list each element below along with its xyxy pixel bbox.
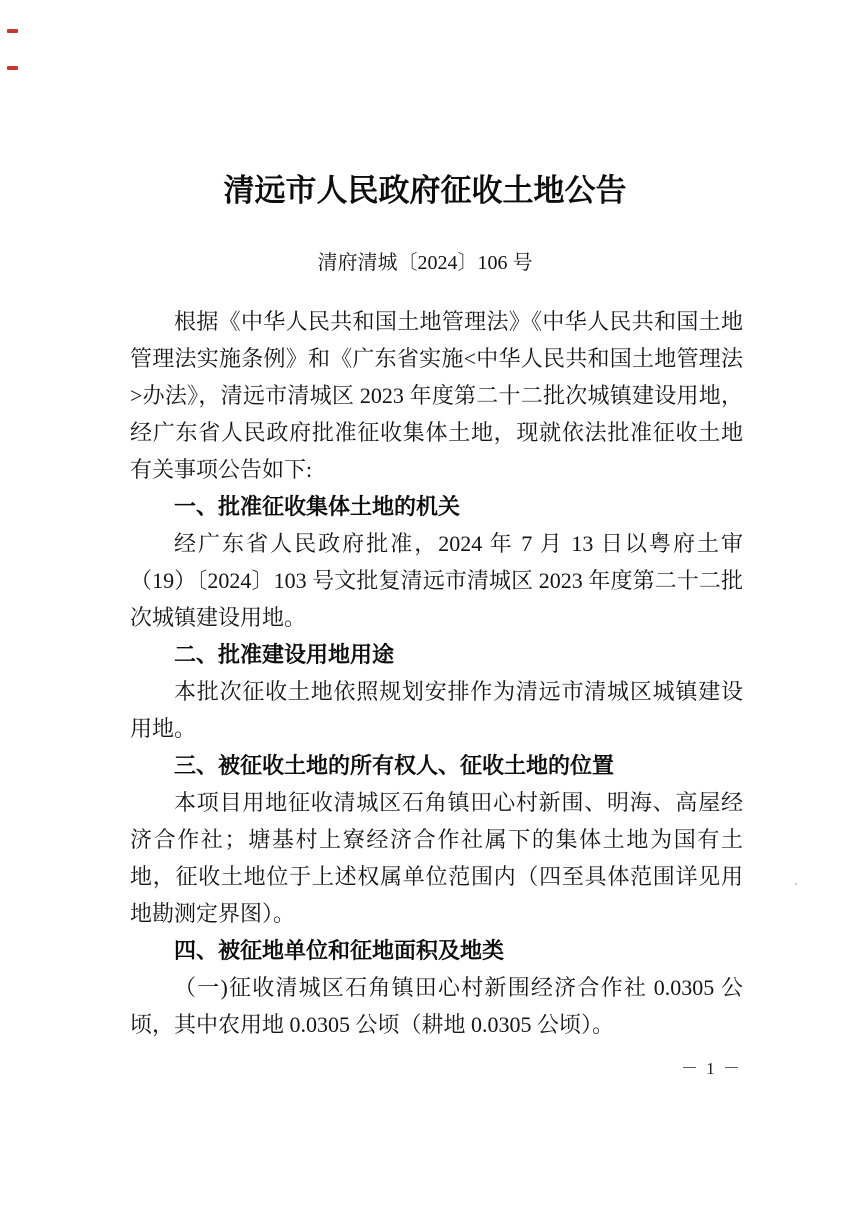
announcement-page: 清远市人民政府征收土地公告 清府清城〔2024〕106 号 根据《中华人民共和国… <box>0 0 850 1211</box>
section-3-paragraph: 本项目用地征收清城区石角镇田心村新围、明海、高屋经济合作社；塘基村上寮经济合作社… <box>130 784 743 932</box>
section-2-paragraph: 本批次征收土地依照规划安排作为清远市清城区城镇建设用地。 <box>130 673 743 747</box>
document-number: 清府清城〔2024〕106 号 <box>0 246 850 275</box>
red-registration-mark-bottom <box>7 66 18 70</box>
document-title: 清远市人民政府征收土地公告 <box>0 165 850 210</box>
page-number: － 1 － <box>681 1054 742 1079</box>
section-heading-3: 三、被征收土地的所有权人、征收土地的位置 <box>130 747 743 784</box>
section-heading-4: 四、被征地单位和征地面积及地类 <box>130 932 743 969</box>
intro-paragraph: 根据《中华人民共和国土地管理法》《中华人民共和国土地管理法实施条例》和《广东省实… <box>130 303 743 488</box>
section-heading-2: 二、批准建设用地用途 <box>130 636 743 673</box>
document-body: 根据《中华人民共和国土地管理法》《中华人民共和国土地管理法实施条例》和《广东省实… <box>130 303 743 1043</box>
section-4-paragraph: （一)征收清城区石角镇田心村新围经济合作社 0.0305 公顷，其中农用地 0.… <box>130 969 743 1043</box>
red-registration-mark-top <box>7 29 18 33</box>
scan-noise-speck <box>795 883 797 885</box>
section-heading-1: 一、批准征收集体土地的机关 <box>130 488 743 525</box>
section-1-paragraph: 经广东省人民政府批准，2024 年 7 月 13 日以粤府土审（19）〔2024… <box>130 525 743 636</box>
